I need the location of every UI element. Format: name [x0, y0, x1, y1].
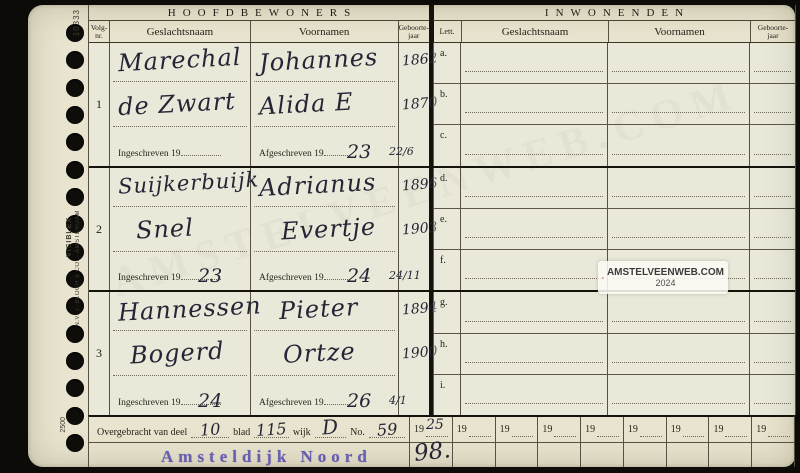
- dotted-line: [254, 126, 395, 127]
- geslachtsnaam-header-label: Geslachtsnaam: [147, 26, 214, 38]
- dotted-line: [612, 71, 745, 72]
- dotted-line: [465, 237, 603, 238]
- given-cell: Evertje: [251, 212, 398, 257]
- dotted-line: [113, 206, 247, 207]
- surname-cell: [461, 209, 608, 249]
- year-prefix: 19: [628, 424, 638, 435]
- dotted-line: [254, 206, 395, 207]
- dotted-line: [254, 375, 395, 376]
- dotted-line: [725, 428, 747, 437]
- watermark-texts: AMSTELVEENWEB.COM 2024: [607, 267, 724, 288]
- handwritten-given-name: Johannes: [258, 43, 379, 77]
- dotted-line: [612, 321, 745, 322]
- lett-header-label: Lett.: [440, 27, 455, 36]
- hoofdbewoners-title-row: HOOFDBEWONERS: [89, 5, 429, 21]
- ingeschreven-cell: Ingeschreven 19 23: [110, 257, 250, 291]
- row-letter: a.: [433, 43, 461, 83]
- year-cell: [750, 375, 795, 415]
- col-header-voornamen: Voornamen: [251, 21, 399, 42]
- punch-hole: [66, 379, 84, 397]
- year-footer-cell: [399, 132, 429, 166]
- dotted-line: [254, 330, 395, 331]
- dotted-line: [683, 428, 705, 437]
- blad-slot: 115: [254, 418, 289, 438]
- given-cell: [608, 168, 750, 208]
- given-cell: Ortze: [251, 336, 398, 381]
- year-cell: [750, 250, 795, 290]
- handwritten-no: 59: [376, 419, 398, 439]
- dotted-line: [612, 196, 745, 197]
- handwritten-given-name: Adrianus: [258, 168, 377, 202]
- dotted-line: [113, 81, 247, 82]
- handwritten-house-number: 98.: [413, 437, 452, 467]
- lodger-row-b: b.: [433, 84, 795, 125]
- dotted-line: [465, 278, 603, 279]
- surname-cell: Bogerd: [110, 336, 250, 381]
- empty-cell: [452, 443, 495, 467]
- dotted-line: [597, 428, 619, 437]
- volgnr-cell: 1: [89, 43, 110, 166]
- afgeschreven-cell: Afgeschreven 19 23 22/6: [251, 132, 398, 166]
- street-stamp: Amsteldijk Noord: [161, 447, 372, 467]
- watermark-year-text: 2024: [655, 278, 675, 288]
- handwritten-blad: 115: [256, 419, 288, 440]
- dotted-line: [324, 147, 350, 156]
- year-prefix: 19: [542, 424, 552, 435]
- given-cell: [608, 209, 750, 249]
- lodger-row-i: i.: [433, 375, 795, 415]
- afgeschreven-label-text: Afgeschreven 19: [259, 273, 324, 283]
- empty-cell: [580, 443, 623, 467]
- punch-hole: [66, 325, 84, 343]
- handwritten-given-name: Pieter: [278, 293, 359, 325]
- no-slot: 59: [369, 418, 405, 438]
- handwritten-ingeschreven-year: 23: [198, 265, 222, 287]
- stamp-row: Amsteldijk Noord 98.: [89, 443, 794, 467]
- dotted-line: [612, 403, 745, 404]
- empty-cell: [666, 443, 709, 467]
- year-cell: [750, 84, 795, 124]
- year-prefix: 19: [585, 424, 595, 435]
- volgnr-cell: 2: [89, 168, 110, 291]
- binder-strip: 10333 VISIBLEX N.V. J. BLOCH & CO. - AMS…: [28, 5, 88, 467]
- col-header-lett: Lett.: [433, 21, 462, 42]
- register-card: AMSTELVEENWEB.COM 10333: [28, 5, 795, 467]
- punch-hole: [66, 407, 84, 425]
- year-cell: [750, 125, 795, 165]
- handwritten-surname: Marechal: [117, 43, 242, 77]
- dotted-line: [754, 321, 791, 322]
- surname-column: Suijkerbuijk Snel Ingeschreven 19 23: [110, 168, 251, 291]
- hoofdbewoners-title: HOOFDBEWONERS: [161, 7, 357, 19]
- year-cell-5: 19: [580, 417, 623, 442]
- dotted-line: [324, 396, 350, 405]
- handwritten-wijk: D: [322, 414, 340, 439]
- section-hoofdbewoners: HOOFDBEWONERS Volg- nr. Geslachtsnaam Vo…: [88, 5, 434, 415]
- handwritten-deel: 10: [199, 419, 221, 439]
- dotted-line: [113, 330, 247, 331]
- lodger-row-d: d.: [433, 168, 795, 209]
- row-letter: e.: [433, 209, 461, 249]
- dotted-line: [754, 154, 791, 155]
- inwonenden-title-row: INWONENDEN: [433, 5, 795, 21]
- surname-cell: Marechal: [110, 43, 250, 87]
- handwritten-given-name: Alida E: [258, 88, 354, 121]
- wijk-slot: D: [315, 413, 346, 438]
- lodger-row-g: g.: [433, 292, 795, 333]
- handwritten-surname: de Zwart: [117, 87, 236, 121]
- wijk-label: wijk: [293, 427, 311, 438]
- stock-number-bottom: 2500: [60, 417, 67, 433]
- dotted-line: [465, 71, 603, 72]
- dotted-line: [254, 81, 395, 82]
- col-header-geslachtsnaam: Geslachtsnaam: [462, 21, 609, 42]
- year-cell: 1894: [399, 292, 429, 336]
- year-cell-7: 19: [666, 417, 709, 442]
- given-cell: [608, 375, 750, 415]
- handwritten-given-name: Evertje: [280, 212, 376, 245]
- year-cell: [750, 292, 795, 332]
- surname-cell: [461, 375, 608, 415]
- col-header-volgnr: Volg- nr.: [89, 21, 110, 42]
- geboortejaar-header-line2: jaar: [767, 32, 778, 40]
- year-column: 1894 1900: [399, 292, 429, 415]
- afgeschreven-label: Afgeschreven 19: [259, 271, 350, 283]
- surname-cell: [461, 43, 608, 83]
- given-column: Johannes Alida E Afgeschreven 19 23 22/6: [251, 43, 399, 166]
- given-cell: Alida E: [251, 87, 398, 132]
- year-cell-2: 19: [452, 417, 495, 442]
- year-cell-9: 19: [751, 417, 794, 442]
- year-cell-8: 19: [708, 417, 751, 442]
- row-letter: f.: [433, 250, 461, 290]
- lodger-row-h: h.: [433, 334, 795, 375]
- afgeschreven-label-text: Afgeschreven 19: [259, 398, 324, 408]
- manufacturer-vertical-text: N.V. J. BLOCH & CO. - AMSTERDAM: [75, 210, 81, 327]
- afgeschreven-label: Afgeschreven 19: [259, 396, 350, 408]
- handwritten-year-25: 25: [426, 417, 444, 433]
- dotted-line: [465, 321, 603, 322]
- year-column: 1862 1870: [399, 43, 429, 166]
- dotted-line: [640, 428, 662, 437]
- surname-cell: Snel: [110, 212, 250, 257]
- surname-column: Marechal de Zwart Ingeschreven 19: [110, 43, 251, 166]
- resident-block-3: 3 Hannessen Bogerd Ingeschreven 19 24 Pi…: [89, 292, 429, 415]
- afgeschreven-label: Afgeschreven 19: [259, 147, 350, 159]
- geboortejaar-header-line2: jaar: [408, 32, 419, 40]
- surname-cell: [461, 292, 608, 332]
- no-label: No.: [350, 427, 365, 438]
- dotted-line: [254, 251, 395, 252]
- dotted-line: [754, 362, 791, 363]
- surname-cell: de Zwart: [110, 87, 250, 132]
- punch-hole: [66, 79, 84, 97]
- ingeschreven-cell: Ingeschreven 19: [110, 132, 250, 166]
- year-cell: 1870: [399, 87, 429, 132]
- volgnr-value: 1: [96, 97, 102, 112]
- street-stamp-zone: Amsteldijk Noord: [89, 443, 409, 467]
- given-cell: [608, 292, 750, 332]
- lion-icon: [603, 268, 604, 288]
- stock-number-top: 10333: [72, 9, 81, 36]
- volgnr-value: 2: [96, 222, 102, 237]
- surname-cell: Suijkerbuijk: [110, 168, 250, 212]
- resident-block-1: 1 Marechal de Zwart Ingeschreven 19 Joha…: [89, 43, 429, 168]
- inwonenden-header-row: Lett. Geslachtsnaam Voornamen Geboorte- …: [433, 21, 795, 43]
- year-cell: 1903: [399, 212, 429, 257]
- brand-vertical-text: VISIBLEX: [66, 217, 73, 257]
- dotted-line: [324, 271, 350, 280]
- ingeschreven-label-text: Ingeschreven 19: [118, 273, 181, 283]
- given-column: Pieter Ortze Afgeschreven 19 26 4/1: [251, 292, 399, 415]
- handwritten-given-name: Ortze: [282, 337, 356, 369]
- year-cell-6: 19: [623, 417, 666, 442]
- dotted-line: [113, 251, 247, 252]
- year-cell: [750, 43, 795, 83]
- handwritten-afgeschreven-year: 23: [347, 141, 371, 163]
- dotted-line: [754, 196, 791, 197]
- surname-cell: Hannessen: [110, 292, 250, 336]
- year-prefix: 19: [756, 424, 766, 435]
- year-footer-cell: [399, 381, 429, 415]
- col-header-geboortejaar: Geboorte- jaar: [399, 21, 429, 42]
- dotted-line: [465, 403, 603, 404]
- year-cell: [750, 334, 795, 374]
- ingeschreven-label: Ingeschreven 19: [118, 147, 221, 159]
- year-cell: 1900: [399, 336, 429, 381]
- afgeschreven-label-text: Afgeschreven 19: [259, 149, 324, 159]
- year-prefix: 19: [671, 424, 681, 435]
- hoofdbewoners-header-row: Volg- nr. Geslachtsnaam Voornamen Geboor…: [89, 21, 429, 43]
- punch-hole: [66, 133, 84, 151]
- handwritten-afgeschreven-year: 26: [347, 390, 371, 412]
- year-cell: [750, 168, 795, 208]
- inwonenden-body: a. b. c. d.: [433, 43, 795, 415]
- empty-cell: [537, 443, 580, 467]
- given-cell: Adrianus: [251, 168, 398, 212]
- dotted-line: [465, 362, 603, 363]
- handwritten-ingeschreven-year: 24: [198, 390, 222, 412]
- dotted-line: [181, 147, 221, 156]
- resident-block-2: 2 Suijkerbuijk Snel Ingeschreven 19 23 A…: [89, 168, 429, 293]
- dotted-line: [612, 237, 745, 238]
- year-prefix: 19: [713, 424, 723, 435]
- given-cell: [608, 43, 750, 83]
- dotted-line: [612, 154, 745, 155]
- lodger-row-e: e.: [433, 209, 795, 250]
- row-letter: b.: [433, 84, 461, 124]
- year-footer-cell: [399, 257, 429, 291]
- dotted-line: [754, 71, 791, 72]
- hoofdbewoners-body: 1 Marechal de Zwart Ingeschreven 19 Joha…: [89, 43, 429, 415]
- punch-hole: [66, 106, 84, 124]
- given-cell: Pieter: [251, 292, 398, 336]
- watermark-badge: AMSTELVEENWEB.COM 2024: [598, 261, 728, 294]
- given-cell: [608, 125, 750, 165]
- blad-label: blad: [233, 427, 250, 438]
- empty-cell: [623, 443, 666, 467]
- lodger-row-c: c.: [433, 125, 795, 167]
- ingeschreven-label-text: Ingeschreven 19: [118, 149, 181, 159]
- surname-cell: [461, 84, 608, 124]
- year-cell: [750, 209, 795, 249]
- year-cell: 1862: [399, 43, 429, 87]
- deel-slot: 10: [191, 418, 229, 438]
- col-header-voornamen: Voornamen: [609, 21, 751, 42]
- dotted-line: [754, 278, 791, 279]
- afgeschreven-cell: Afgeschreven 19 26 4/1: [251, 381, 398, 415]
- given-cell: [608, 84, 750, 124]
- year-column: 1896 1903: [399, 168, 429, 291]
- geslachtsnaam-header-label: Geslachtsnaam: [502, 26, 569, 38]
- dotted-line: [465, 112, 603, 113]
- voornamen-header-label: Voornamen: [654, 26, 705, 38]
- dotted-line: [754, 112, 791, 113]
- dotted-line: [113, 375, 247, 376]
- row-letter: c.: [433, 125, 461, 165]
- surname-cell: [461, 125, 608, 165]
- punch-hole: [66, 188, 84, 206]
- surname-column: Hannessen Bogerd Ingeschreven 19 24: [110, 292, 251, 415]
- volgnr-cell: 3: [89, 292, 110, 415]
- inwonenden-title: INWONENDEN: [538, 7, 690, 19]
- row-letter: i.: [433, 375, 461, 415]
- dotted-line: [465, 154, 603, 155]
- surname-cell: [461, 168, 608, 208]
- row-letter: h.: [433, 334, 461, 374]
- handwritten-surname: Snel: [135, 213, 194, 244]
- empty-cell: [495, 443, 538, 467]
- year-cell-4: 19: [537, 417, 580, 442]
- surname-cell: [461, 334, 608, 374]
- year-prefix: 19: [500, 424, 510, 435]
- dotted-line: [465, 196, 603, 197]
- dotted-line: [754, 403, 791, 404]
- house-number-cell: 98.: [409, 443, 452, 467]
- handwritten-surname: Bogerd: [129, 337, 225, 370]
- given-cell: Johannes: [251, 43, 398, 87]
- col-header-geboortejaar: Geboorte- jaar: [751, 21, 795, 42]
- col-header-geslachtsnaam: Geslachtsnaam: [110, 21, 251, 42]
- dotted-line: [768, 428, 790, 437]
- volgnr-header-line2: nr.: [95, 32, 103, 40]
- afgeschreven-cell: Afgeschreven 19 24 24/11: [251, 257, 398, 291]
- watermark-site-text: AMSTELVEENWEB.COM: [607, 267, 724, 278]
- dotted-line: [754, 237, 791, 238]
- row-letter: d.: [433, 168, 461, 208]
- empty-cell: [708, 443, 751, 467]
- row-letter: g.: [433, 292, 461, 332]
- given-column: Adrianus Evertje Afgeschreven 19 24 24/1…: [251, 168, 399, 291]
- empty-cell: [751, 443, 794, 467]
- punch-hole: [66, 161, 84, 179]
- dotted-line: [554, 428, 576, 437]
- dotted-line: [113, 126, 247, 127]
- punch-hole: [66, 434, 84, 452]
- surname-cell: [461, 250, 608, 290]
- year-cell-3: 19: [495, 417, 538, 442]
- punch-hole: [66, 352, 84, 370]
- overgebracht-cell: Overgebracht van deel 10 blad 115 wijk D…: [89, 417, 409, 442]
- section-inwonenden: INWONENDEN Lett. Geslachtsnaam Voornamen…: [433, 5, 796, 415]
- year-prefix: 19: [414, 424, 424, 435]
- card-footer: Overgebracht van deel 10 blad 115 wijk D…: [88, 415, 795, 467]
- dotted-line: [469, 428, 491, 437]
- handwritten-surname: Suijkerbuijk: [117, 167, 259, 198]
- ingeschreven-cell: Ingeschreven 19 24: [110, 381, 250, 415]
- ingeschreven-label-text: Ingeschreven 19: [118, 398, 181, 408]
- given-cell: [608, 334, 750, 374]
- voornamen-header-label: Voornamen: [299, 26, 350, 38]
- lodger-row-a: a.: [433, 43, 795, 84]
- volgnr-value: 3: [96, 346, 102, 361]
- scan-background: AMSTELVEENWEB.COM 10333: [0, 0, 800, 473]
- year-prefix: 19: [457, 424, 467, 435]
- handwritten-surname: Hannessen: [117, 292, 262, 327]
- dotted-line: [612, 362, 745, 363]
- handwritten-afgeschreven-year: 24: [347, 265, 371, 287]
- dotted-line: [612, 112, 745, 113]
- dotted-line: [512, 428, 534, 437]
- year-cell: 1896: [399, 168, 429, 212]
- overgebracht-label: Overgebracht van deel: [97, 427, 187, 438]
- punch-hole: [66, 51, 84, 69]
